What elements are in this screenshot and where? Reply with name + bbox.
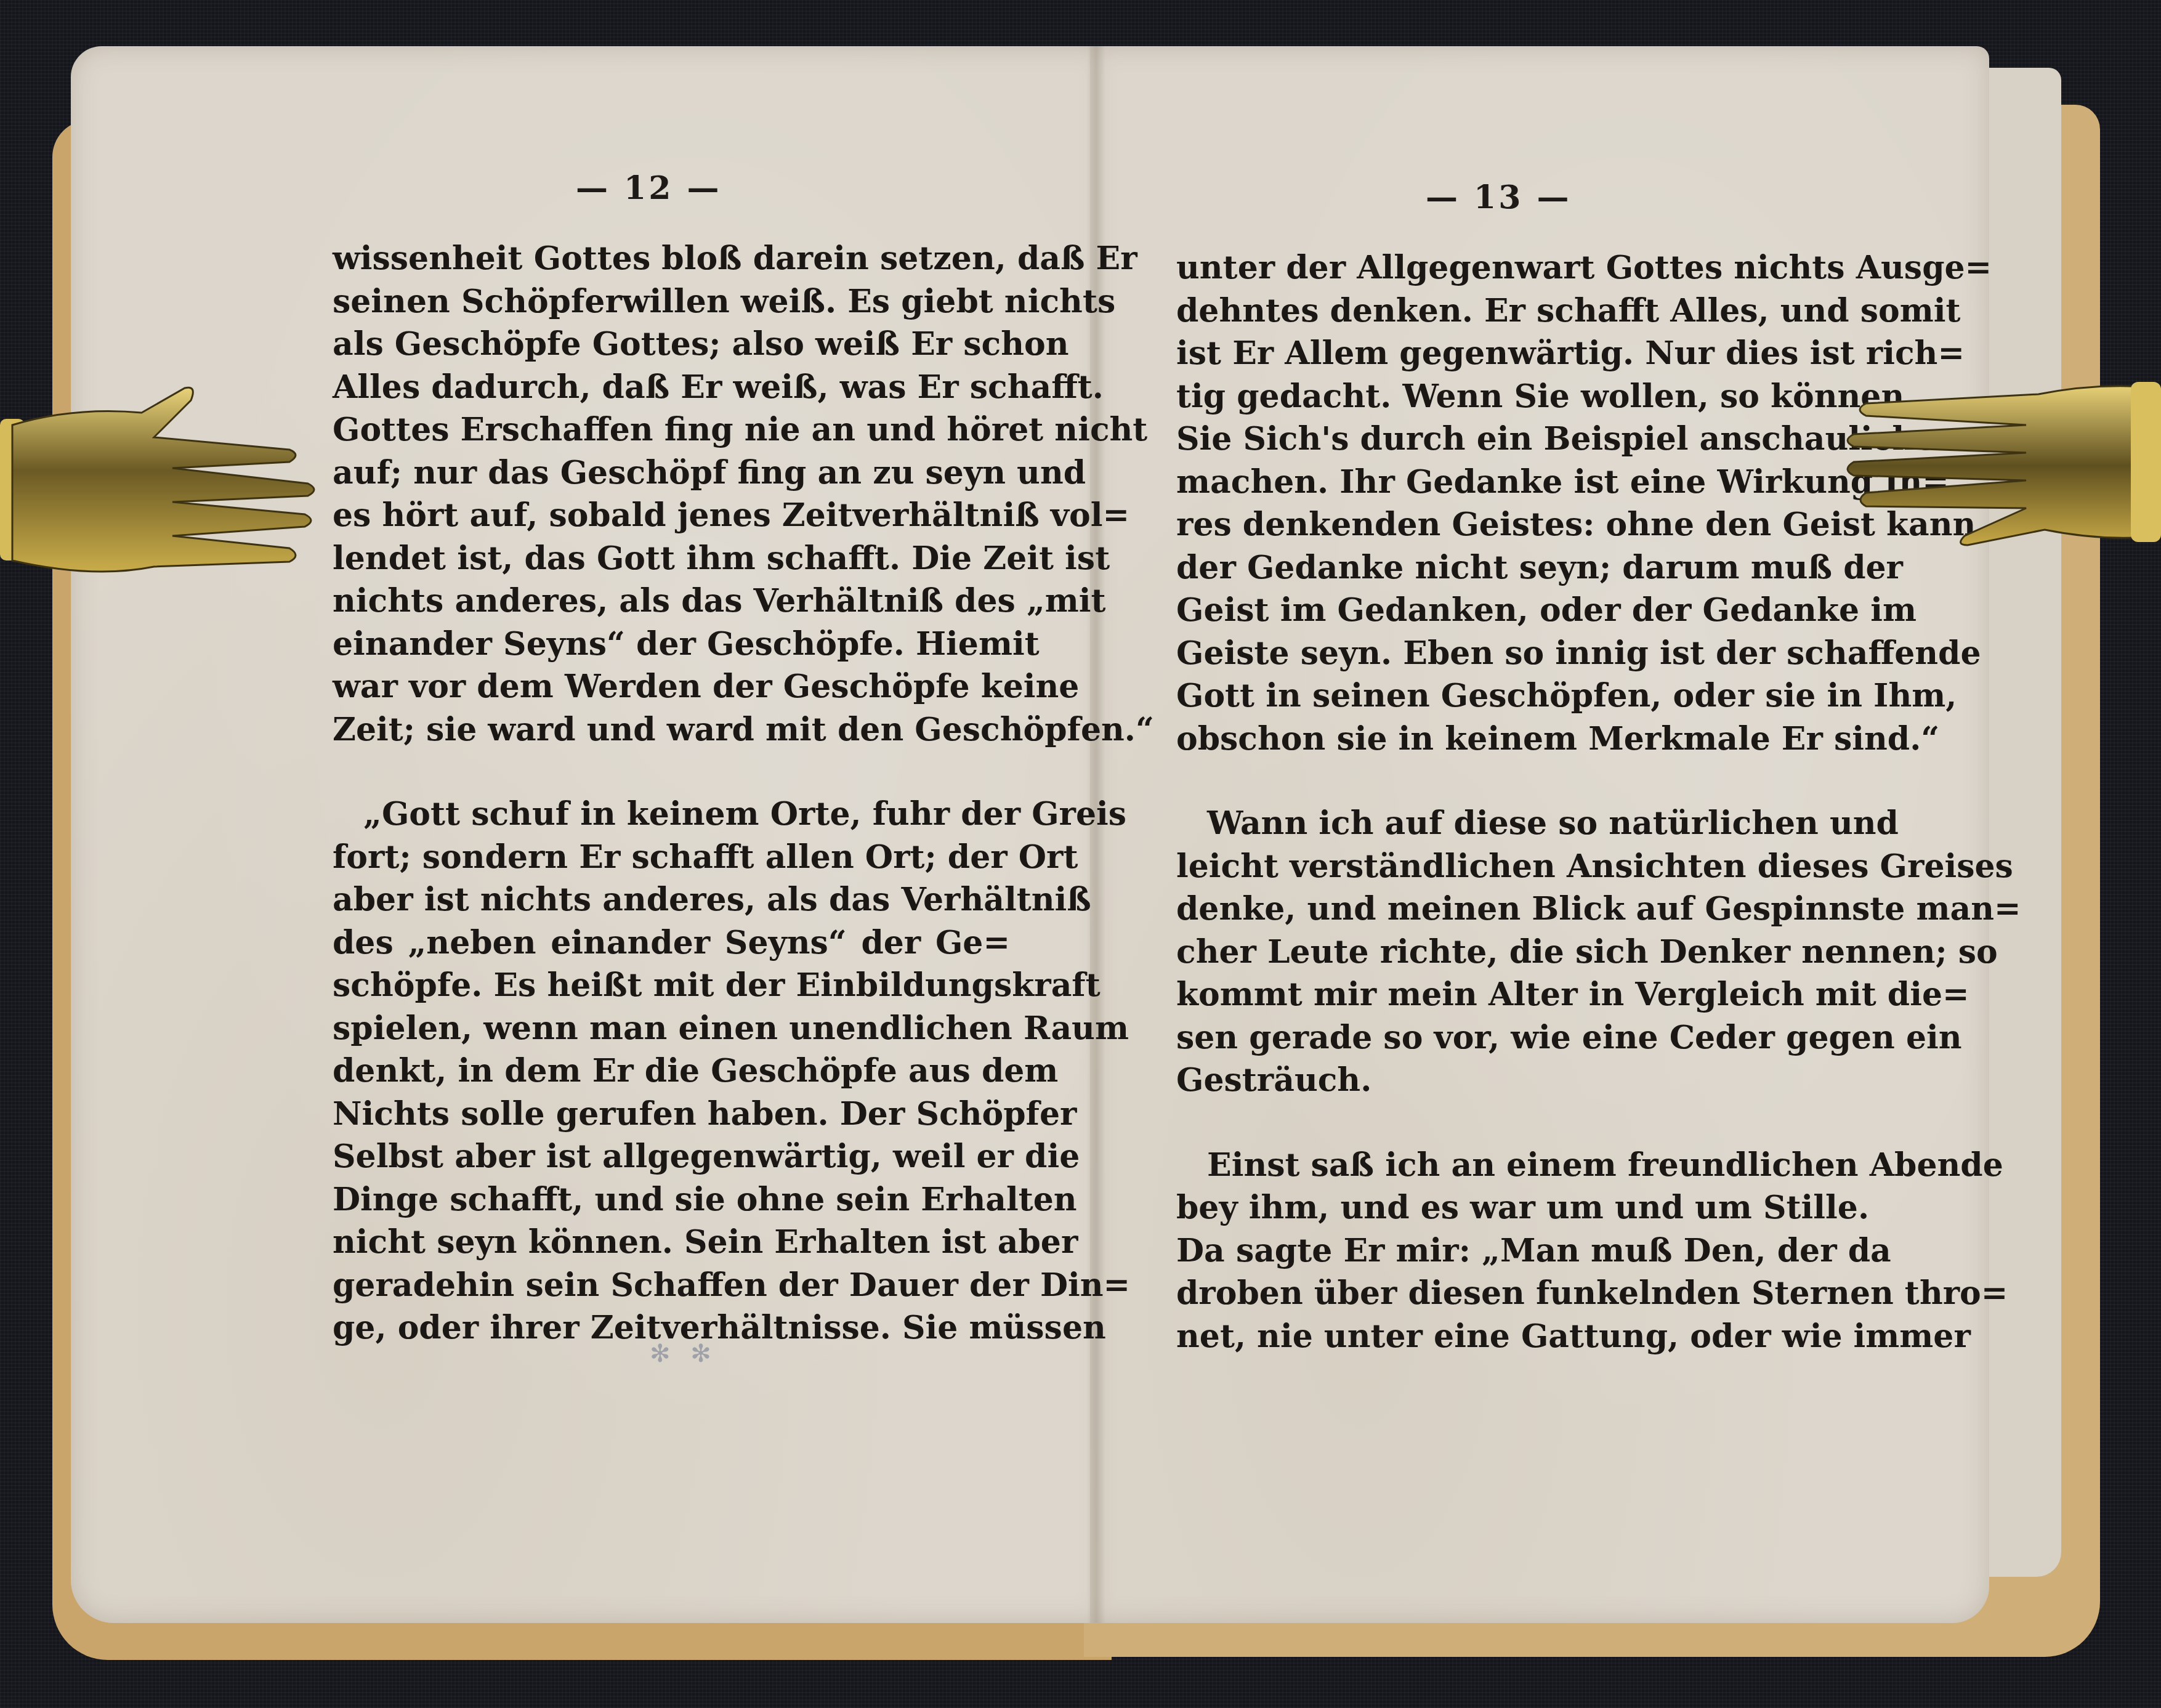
- brass-hand-clip-left-icon: [0, 382, 320, 591]
- page-stack-edge-right: [1977, 68, 2061, 1577]
- text-line: Gott in seinen Geschöpfen, oder sie in I…: [1176, 674, 1841, 718]
- text-line: Gesträuch.: [1176, 1059, 1841, 1102]
- text-line: unter der Allgegenwart Gottes nichts Aus…: [1176, 246, 1841, 289]
- text-line: tig gedacht. Wenn Sie wollen, so können: [1176, 375, 1841, 418]
- text-line: schöpfe. Es heißt mit der Einbildungskra…: [333, 964, 1010, 1007]
- text-line: der Gedanke nicht seyn; darum muß der: [1176, 546, 1841, 589]
- open-book: — 12 — — 13 — wissenheit Gottes bloß dar…: [0, 0, 2161, 1708]
- text-line: war vor dem Werden der Geschöpfe keine: [333, 665, 1010, 708]
- text-line: Dinge schafft, und sie ohne sein Erhalte…: [333, 1178, 1010, 1221]
- text-line: machen. Ihr Gedanke ist eine Wirkung Ih=: [1176, 461, 1841, 504]
- printer-ornament: ✻ ✻: [650, 1340, 717, 1368]
- text-line: Geiste seyn. Eben so innig ist der schaf…: [1176, 632, 1841, 675]
- text-line: auf; nur das Geschöpf fing an zu seyn un…: [333, 451, 1010, 495]
- text-line: wissenheit Gottes bloß darein setzen, da…: [333, 237, 1010, 280]
- right-page-text: unter der Allgegenwart Gottes nichts Aus…: [1176, 246, 1841, 1358]
- text-line: denkt, in dem Er die Geschöpfe aus dem: [333, 1050, 1010, 1093]
- text-line: Einst saß ich an einem freundlichen Aben…: [1176, 1144, 1841, 1187]
- text-line: droben über diesen funkelnden Sternen th…: [1176, 1272, 1841, 1315]
- paragraph-gap: [1176, 1102, 1841, 1144]
- text-line: seinen Schöpferwillen weiß. Es giebt nic…: [333, 280, 1010, 323]
- paragraph-gap: [333, 751, 1010, 793]
- text-line: Zeit; sie ward und ward mit den Geschöpf…: [333, 708, 1010, 751]
- text-line: Alles dadurch, daß Er weiß, was Er schaf…: [333, 366, 1010, 409]
- text-line: fort; sondern Er schafft allen Ort; der …: [333, 836, 1010, 879]
- text-line: kommt mir mein Alter in Vergleich mit di…: [1176, 973, 1841, 1016]
- text-line: bey ihm, und es war um und um Stille.: [1176, 1186, 1841, 1229]
- text-line: als Geschöpfe Gottes; also weiß Er schon: [333, 323, 1010, 366]
- paragraph-gap: [1176, 760, 1841, 802]
- text-line: Geist im Gedanken, oder der Gedanke im: [1176, 589, 1841, 632]
- text-line: nicht seyn können. Sein Erhalten ist abe…: [333, 1221, 1010, 1264]
- text-line: cher Leute richte, die sich Denker nenne…: [1176, 931, 1841, 974]
- text-line: Gottes Erschaffen fing nie an und höret …: [333, 408, 1010, 451]
- page-number-right: — 13 —: [1426, 179, 1572, 216]
- text-line: des „neben einander Seyns“ der Ge=: [333, 921, 1010, 965]
- text-line: Da sagte Er mir: „Man muß Den, der da: [1176, 1229, 1841, 1273]
- text-line: res denkenden Geistes: ohne den Geist ka…: [1176, 503, 1841, 546]
- text-line: es hört auf, sobald jenes Zeitverhältniß…: [333, 494, 1010, 537]
- text-line: aber ist nichts anderes, als das Verhält…: [333, 878, 1010, 921]
- text-line: ist Er Allem gegenwärtig. Nur dies ist r…: [1176, 332, 1841, 375]
- text-line: einander Seyns“ der Geschöpfe. Hiemit: [333, 623, 1010, 666]
- text-line: geradehin sein Schaffen der Dauer der Di…: [333, 1264, 1010, 1307]
- text-line: nichts anderes, als das Verhältniß des „…: [333, 580, 1010, 623]
- text-line: Selbst aber ist allgegenwärtig, weil er …: [333, 1135, 1010, 1178]
- text-line: obschon sie in keinem Merkmale Er sind.“: [1176, 718, 1841, 761]
- left-page-text: wissenheit Gottes bloß darein setzen, da…: [333, 237, 1010, 1350]
- text-line: „Gott schuf in keinem Orte, fuhr der Gre…: [333, 793, 1010, 836]
- text-line: Nichts solle gerufen haben. Der Schöpfer: [333, 1093, 1010, 1136]
- text-line: spielen, wenn man einen unendlichen Raum: [333, 1007, 1010, 1050]
- text-line: Sie Sich's durch ein Beispiel anschaulic…: [1176, 418, 1841, 461]
- text-line: leicht verständlichen Ansichten dieses G…: [1176, 845, 1841, 888]
- page-number-left: — 12 —: [576, 169, 722, 207]
- brass-hand-clip-right-icon: [1841, 357, 2161, 591]
- text-line: Wann ich auf diese so natürlichen und: [1176, 802, 1841, 845]
- text-line: sen gerade so vor, wie eine Ceder gegen …: [1176, 1016, 1841, 1059]
- text-line: denke, und meinen Blick auf Gespinnste m…: [1176, 888, 1841, 931]
- text-line: dehntes denken. Er schafft Alles, und so…: [1176, 289, 1841, 333]
- text-line: net, nie unter eine Gattung, oder wie im…: [1176, 1315, 1841, 1358]
- text-line: lendet ist, das Gott ihm schafft. Die Ze…: [333, 537, 1010, 580]
